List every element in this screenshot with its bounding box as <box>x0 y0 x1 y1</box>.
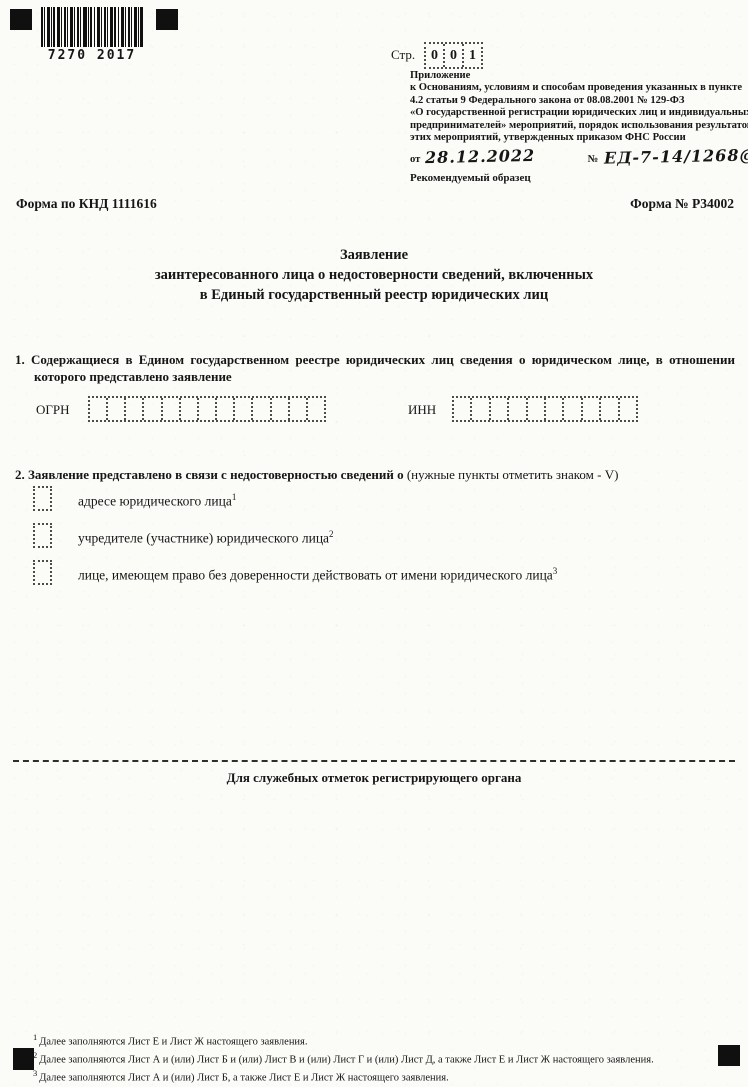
handwritten-order-number: ЕД-7-14/1268@ <box>604 147 748 168</box>
footnote-ref: 1 <box>232 492 237 502</box>
inn-input-field[interactable] <box>452 396 638 422</box>
page-digit-cell: 0 <box>443 44 462 67</box>
document-title: Заявление заинтересованного лица о недос… <box>0 245 748 305</box>
digit-cell <box>599 398 617 420</box>
digit-cell <box>233 398 251 420</box>
digit-cell <box>306 398 324 420</box>
section2-lead: 2. Заявление представлено в связи с недо… <box>15 467 404 482</box>
registration-mark-square <box>10 9 32 30</box>
service-marks-label: Для служебных отметок регистрирующего ор… <box>0 770 748 786</box>
section2-note: (нужные пункты отметить знаком - V) <box>407 467 619 482</box>
ogrn-label: ОГРН <box>36 402 70 418</box>
digit-cell <box>489 398 507 420</box>
page-number-label: Стр. <box>391 47 415 63</box>
digit-cell <box>544 398 562 420</box>
label-text: лице, имеющем право без доверенности дей… <box>78 568 553 583</box>
page-digit-cell: 0 <box>426 44 443 67</box>
digit-cell <box>179 398 197 420</box>
digit-cell <box>251 398 269 420</box>
digit-cell <box>90 398 106 420</box>
digit-cell <box>288 398 306 420</box>
checkbox-authorized-person[interactable] <box>33 560 52 585</box>
form-number: Форма № Р34002 <box>630 196 734 212</box>
footnote-number: 1 <box>33 1032 37 1042</box>
footnote-ref: 2 <box>329 529 334 539</box>
form-page-r34002: 7270 2017 Стр. 0 0 1 Приложение к Основа… <box>0 0 748 1087</box>
handwritten-date: 28.12.2022 <box>425 147 536 167</box>
footnote-2: 2Далее заполняются Лист А и (или) Лист Б… <box>33 1049 654 1067</box>
service-marks-area <box>13 790 735 1025</box>
title-line-3: в Единый государственный реестр юридичес… <box>0 285 748 305</box>
barcode <box>41 7 143 47</box>
label-text: адресе юридического лица <box>78 494 232 509</box>
barcode-digits: 7270 2017 <box>41 48 143 63</box>
registration-mark-square <box>13 1048 34 1070</box>
inn-label: ИНН <box>408 402 436 418</box>
appendix-line: к Основаниям, условиям и способам провед… <box>410 82 736 94</box>
digit-cell <box>562 398 580 420</box>
digit-cell <box>581 398 599 420</box>
digit-cell <box>161 398 179 420</box>
checkbox-address-label: адресе юридического лица1 <box>78 492 236 510</box>
order-date-number-line: от 28.12.2022 № ЕД-7-14/1268@ <box>410 146 736 166</box>
title-line-2: заинтересованного лица о недостоверности… <box>0 265 748 285</box>
digit-cell <box>470 398 488 420</box>
footnote-1: 1Далее заполняются Лист Е и Лист Ж насто… <box>33 1031 654 1049</box>
footnote-ref: 3 <box>553 566 558 576</box>
digit-cell <box>142 398 160 420</box>
recommended-sample-label: Рекомендуемый образец <box>410 172 531 184</box>
checkbox-founder-label: учредителе (участнике) юридического лица… <box>78 529 334 547</box>
appendix-reference: Приложение к Основаниям, условиям и спос… <box>410 70 736 166</box>
title-line-1: Заявление <box>0 245 748 265</box>
page-number-field[interactable]: 0 0 1 <box>424 42 483 69</box>
section2-heading: 2. Заявление представлено в связи с недо… <box>15 466 735 483</box>
registration-mark-square <box>718 1045 740 1066</box>
page-digit-cell: 1 <box>462 44 481 67</box>
digit-cell <box>270 398 288 420</box>
registration-mark-square <box>156 9 178 30</box>
appendix-line: этих мероприятий, утвержденных приказом … <box>410 132 736 144</box>
label-text: учредителе (участнике) юридического лица <box>78 531 329 546</box>
digit-cell <box>618 398 636 420</box>
digit-cell <box>106 398 124 420</box>
digit-cell <box>454 398 470 420</box>
digit-cell <box>197 398 215 420</box>
checkbox-founder[interactable] <box>33 523 52 548</box>
ogrn-input-field[interactable] <box>88 396 326 422</box>
footnotes: 1Далее заполняются Лист Е и Лист Ж насто… <box>33 1031 654 1085</box>
appendix-line: предпринимателей» мероприятий, порядок и… <box>410 120 736 132</box>
appendix-line: 4.2 статьи 9 Федерального закона от 08.0… <box>410 95 736 107</box>
footnote-text: Далее заполняются Лист А и (или) Лист Б,… <box>39 1073 448 1084</box>
number-prefix-label: № <box>588 154 599 166</box>
digit-cell <box>124 398 142 420</box>
form-knd-code: Форма по КНД 1111616 <box>16 196 157 212</box>
date-prefix-label: от <box>410 154 420 166</box>
checkbox-address[interactable] <box>33 486 52 511</box>
section1-heading: 1. Содержащиеся в Едином государственном… <box>15 351 735 385</box>
digit-cell <box>526 398 544 420</box>
dashed-divider <box>13 760 735 762</box>
footnote-3: 3Далее заполняются Лист А и (или) Лист Б… <box>33 1067 654 1085</box>
checkbox-authorized-person-label: лице, имеющем право без доверенности дей… <box>78 566 557 584</box>
digit-cell <box>215 398 233 420</box>
appendix-line: «О государственной регистрации юридическ… <box>410 107 736 119</box>
appendix-line: Приложение <box>410 70 736 82</box>
footnote-text: Далее заполняются Лист Е и Лист Ж настоя… <box>39 1037 307 1048</box>
barcode-image <box>41 7 143 47</box>
footnote-text: Далее заполняются Лист А и (или) Лист Б … <box>39 1055 653 1066</box>
digit-cell <box>507 398 525 420</box>
